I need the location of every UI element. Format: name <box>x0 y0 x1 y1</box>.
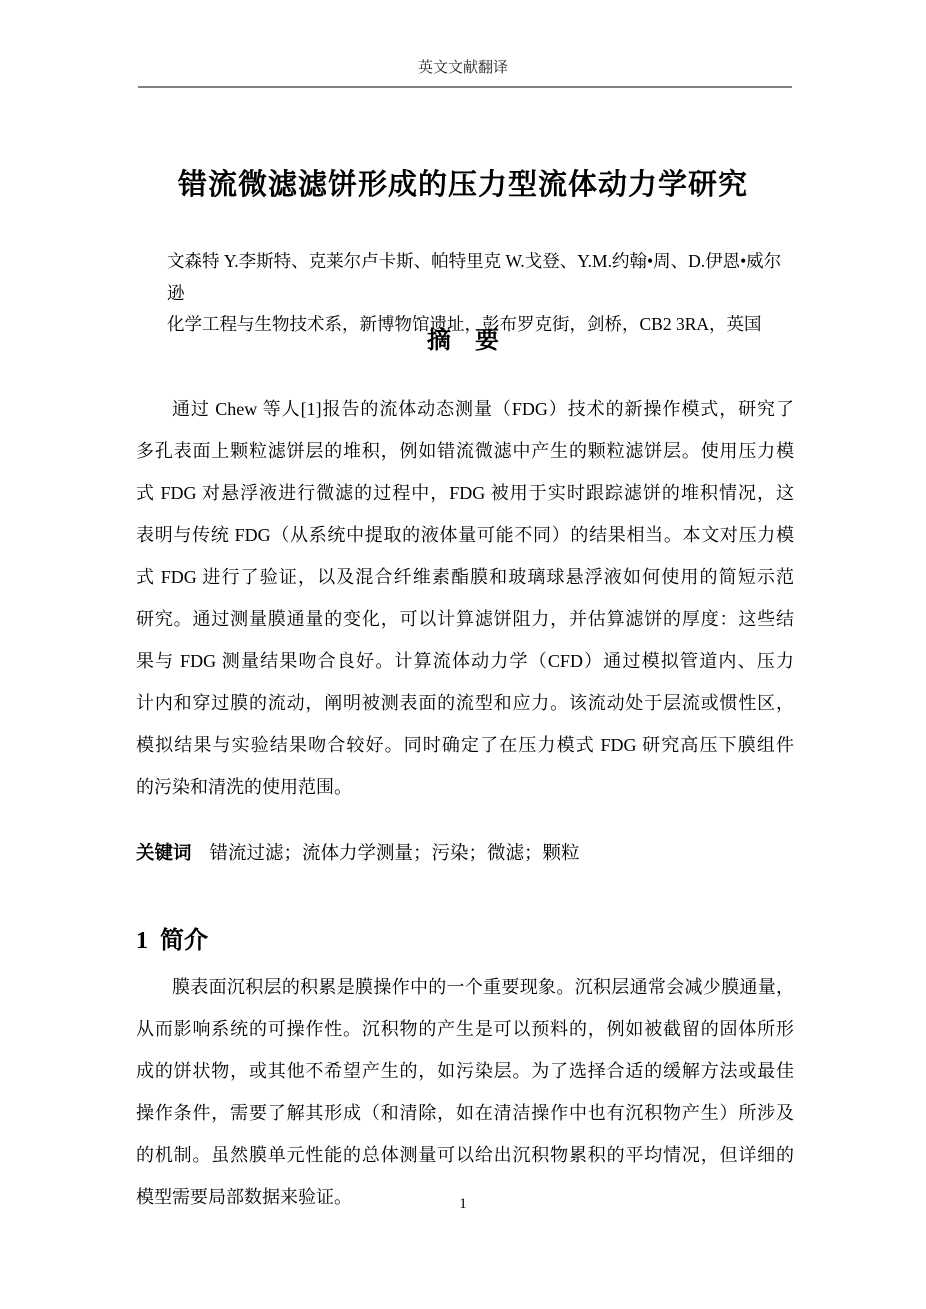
keywords-text: 错流过滤；流体力学测量；污染；微滤；颗粒 <box>210 844 580 864</box>
text-line: 果与 FDG 测量结果吻合良好。计算流体动力学（CFD）通过模拟管道内、压力 <box>136 640 794 682</box>
introduction-paragraph: 膜表面沉积层的积累是膜操作中的一个重要现象。沉积层通常会减少膜通量，从而影响系统… <box>136 966 794 1218</box>
section-1-number: 1 <box>136 928 148 954</box>
abstract-heading: 摘 要 <box>0 320 926 355</box>
section-1-heading: 1简介 <box>136 924 794 958</box>
keywords-label: 关键词 <box>136 842 192 863</box>
text-line: 式 FDG 对悬浮液进行微滤的过程中，FDG 被用于实时跟踪滤饼的堆积情况，这 <box>136 472 794 514</box>
text-line: 式 FDG 进行了验证，以及混合纤维素酯膜和玻璃球悬浮液如何使用的简短示范 <box>136 556 794 598</box>
keywords-row: 关键词错流过滤；流体力学测量；污染；微滤；颗粒 <box>136 840 794 867</box>
text-line: 膜表面沉积层的积累是膜操作中的一个重要现象。沉积层通常会减少膜通量， <box>136 966 794 1008</box>
text-line: 表明与传统 FDG（从系统中提取的液体量可能不同）的结果相当。本文对压力模 <box>136 514 794 556</box>
section-1-title: 简介 <box>160 927 208 954</box>
text-line: 从而影响系统的可操作性。沉积物的产生是可以预料的，例如被截留的固体所形 <box>136 1008 794 1050</box>
text-line: 计内和穿过膜的流动，阐明被测表面的流型和应力。该流动处于层流或惯性区， <box>136 682 794 724</box>
text-line: 研究。通过测量膜通量的变化，可以计算滤饼阻力，并估算滤饼的厚度：这些结 <box>136 598 794 640</box>
text-line: 的机制。虽然膜单元性能的总体测量可以给出沉积物累积的平均情况，但详细的 <box>136 1134 794 1176</box>
document-title: 错流微滤滤饼形成的压力型流体动力学研究 <box>0 162 926 203</box>
text-line: 操作条件，需要了解其形成（和清除，如在清洁操作中也有沉积物产生）所涉及 <box>136 1092 794 1134</box>
page-header-title: 英文文献翻译 <box>0 58 926 78</box>
document-page: 英文文献翻译 错流微滤滤饼形成的压力型流体动力学研究 文森特 Y.李斯特、克莱尔… <box>0 0 926 1309</box>
header-rule <box>138 86 792 88</box>
abstract-paragraph: 通过 Chew 等人[1]报告的流体动态测量（FDG）技术的新操作模式，研究了多… <box>136 388 794 808</box>
authors-line: 文森特 Y.李斯特、克莱尔卢卡斯、帕特里克 W.戈登、Y.M.约翰•周、D.伊恩… <box>167 246 794 309</box>
text-line: 模拟结果与实验结果吻合较好。同时确定了在压力模式 FDG 研究高压下膜组件 <box>136 724 794 766</box>
text-line: 的污染和清洗的使用范围。 <box>136 766 794 808</box>
text-line: 成的饼状物，或其他不希望产生的，如污染层。为了选择合适的缓解方法或最佳 <box>136 1050 794 1092</box>
text-line: 通过 Chew 等人[1]报告的流体动态测量（FDG）技术的新操作模式，研究了 <box>136 388 794 430</box>
page-number: 1 <box>0 1196 926 1213</box>
text-line: 多孔表面上颗粒滤饼层的堆积，例如错流微滤中产生的颗粒滤饼层。使用压力模 <box>136 430 794 472</box>
